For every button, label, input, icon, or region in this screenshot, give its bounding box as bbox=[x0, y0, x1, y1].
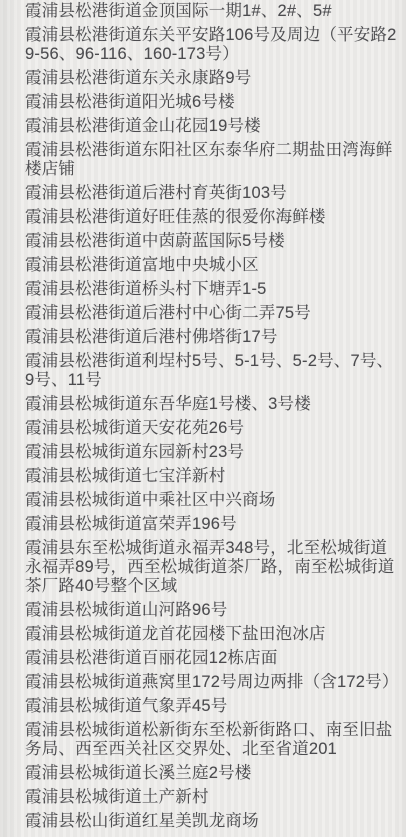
address-item: 霞浦县松山街道红星美凯龙商场 bbox=[25, 812, 399, 831]
address-item: 霞浦县松城街道长溪兰庭2号楼 bbox=[25, 764, 399, 783]
address-item: 霞浦县松港街道桥头村下塘弄1-5 bbox=[25, 280, 399, 299]
address-item: 霞浦县松城街道松新街东至松新街路口、南至旧盐务局、西至西关社区交界处、北至省道2… bbox=[25, 721, 399, 759]
address-item: 霞浦县松城街道东吾华庭1号楼、3号楼 bbox=[25, 395, 399, 414]
address-item: 霞浦县松港街道东关平安路106号及周边（平安路29-56、96-116、160-… bbox=[25, 26, 399, 64]
address-item: 霞浦县松城街道山河路96号 bbox=[25, 601, 399, 620]
address-item: 霞浦县松港街道后港村佛塔街17号 bbox=[25, 328, 399, 347]
address-item: 霞浦县松港街道金山花园19号楼 bbox=[25, 117, 399, 136]
address-item: 霞浦县松港街道富地中央城小区 bbox=[25, 256, 399, 275]
address-item: 霞浦县东至松城街道永福弄348号，北至松城街道永福弄89号，西至松城街道茶厂路，… bbox=[25, 539, 399, 596]
address-item: 霞浦县松城街道气象弄45号 bbox=[25, 697, 399, 716]
address-item: 霞浦县松城街道燕窝里172号周边两排（含172号） bbox=[25, 673, 399, 692]
address-item: 霞浦县松港街道百丽花园12栋店面 bbox=[25, 649, 399, 668]
address-item: 霞浦县松城街道天安花苑26号 bbox=[25, 419, 399, 438]
address-item: 霞浦县松港街道后港村中心街二弄75号 bbox=[25, 304, 399, 323]
address-item: 霞浦县松港街道利埕村5号、5-1号、5-2号、7号、9号、11号 bbox=[25, 352, 399, 390]
address-item: 霞浦县松城街道中乘社区中兴商场 bbox=[25, 491, 399, 510]
address-item: 霞浦县松港街道好旺佳蒸的很爱你海鲜楼 bbox=[25, 208, 399, 227]
address-item: 霞浦县松港街道东阳社区东泰华府二期盐田湾海鲜楼店铺 bbox=[25, 141, 399, 179]
address-item: 霞浦县松港街道金顶国际一期1#、2#、5# bbox=[25, 2, 399, 21]
address-list: 霞浦县松港街道金顶国际一期1#、2#、5# 霞浦县松港街道东关平安路106号及周… bbox=[0, 0, 406, 837]
address-item: 霞浦县松城街道龙首花园楼下盐田泡冰店 bbox=[25, 625, 399, 644]
address-item: 霞浦县松港街道中茵蔚蓝国际5号楼 bbox=[25, 232, 399, 251]
address-item: 霞浦县松港街道东关永康路9号 bbox=[25, 69, 399, 88]
address-item: 霞浦县松城街道东园新村23号 bbox=[25, 443, 399, 462]
address-item: 霞浦县松城街道七宝洋新村 bbox=[25, 467, 399, 486]
address-item: 霞浦县松港街道后港村育英街103号 bbox=[25, 184, 399, 203]
address-item: 霞浦县松城街道富荣弄196号 bbox=[25, 515, 399, 534]
address-item: 霞浦县松城街道土产新村 bbox=[25, 788, 399, 807]
address-item: 霞浦县松港街道阳光城6号楼 bbox=[25, 93, 399, 112]
